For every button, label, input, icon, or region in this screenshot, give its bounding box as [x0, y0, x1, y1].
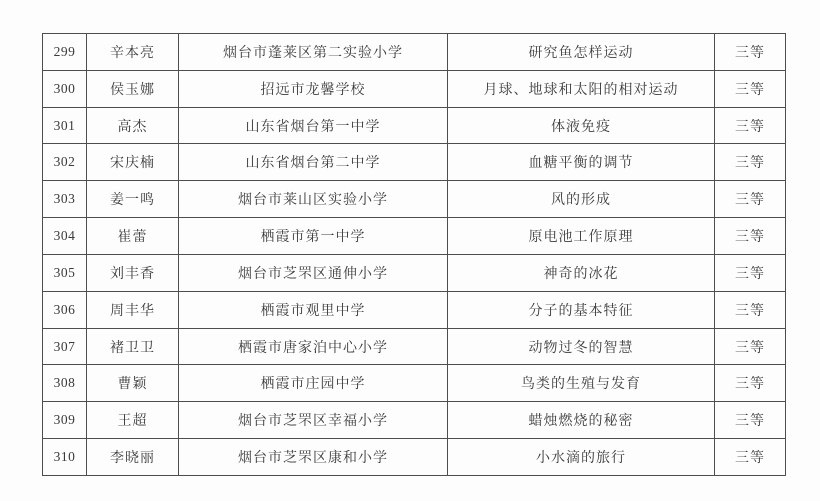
- cell-project: 血糖平衡的调节: [448, 144, 715, 181]
- table-row: 309 王超 烟台市芝罘区幸福小学 蜡烛燃烧的秘密 三等: [43, 402, 786, 439]
- table-row: 308 曹颖 栖霞市庄园中学 鸟类的生殖与发育 三等: [43, 365, 786, 402]
- table-row: 306 周丰华 栖霞市观里中学 分子的基本特征 三等: [43, 291, 786, 328]
- cell-award: 三等: [715, 439, 786, 476]
- cell-award: 三等: [715, 328, 786, 365]
- awards-table-body: 299 辛本亮 烟台市蓬莱区第二实验小学 研究鱼怎样运动 三等 300 侯玉娜 …: [43, 34, 786, 476]
- cell-school: 烟台市蓬莱区第二实验小学: [179, 34, 448, 71]
- table-row: 305 刘丰香 烟台市芝罘区通伸小学 神奇的冰花 三等: [43, 254, 786, 291]
- cell-project: 体液免疫: [448, 107, 715, 144]
- cell-project: 月球、地球和太阳的相对运动: [448, 70, 715, 107]
- table-row: 302 宋庆楠 山东省烟台第二中学 血糖平衡的调节 三等: [43, 144, 786, 181]
- cell-no: 303: [43, 181, 87, 218]
- cell-award: 三等: [715, 70, 786, 107]
- cell-name: 侯玉娜: [87, 70, 179, 107]
- cell-name: 周丰华: [87, 291, 179, 328]
- cell-school: 栖霞市唐家泊中心小学: [179, 328, 448, 365]
- cell-project: 分子的基本特征: [448, 291, 715, 328]
- cell-award: 三等: [715, 181, 786, 218]
- cell-name: 王超: [87, 402, 179, 439]
- cell-name: 李晓丽: [87, 439, 179, 476]
- cell-no: 301: [43, 107, 87, 144]
- cell-award: 三等: [715, 218, 786, 255]
- cell-no: 307: [43, 328, 87, 365]
- cell-project: 小水滴的旅行: [448, 439, 715, 476]
- cell-no: 300: [43, 70, 87, 107]
- cell-name: 褚卫卫: [87, 328, 179, 365]
- table-row: 310 李晓丽 烟台市芝罘区康和小学 小水滴的旅行 三等: [43, 439, 786, 476]
- document-page: 299 辛本亮 烟台市蓬莱区第二实验小学 研究鱼怎样运动 三等 300 侯玉娜 …: [0, 0, 820, 501]
- cell-school: 烟台市芝罘区幸福小学: [179, 402, 448, 439]
- cell-school: 烟台市芝罘区康和小学: [179, 439, 448, 476]
- cell-project: 原电池工作原理: [448, 218, 715, 255]
- cell-name: 高杰: [87, 107, 179, 144]
- cell-project: 鸟类的生殖与发育: [448, 365, 715, 402]
- cell-award: 三等: [715, 34, 786, 71]
- cell-award: 三等: [715, 402, 786, 439]
- cell-name: 曹颖: [87, 365, 179, 402]
- cell-name: 崔蕾: [87, 218, 179, 255]
- cell-award: 三等: [715, 365, 786, 402]
- cell-award: 三等: [715, 254, 786, 291]
- cell-project: 研究鱼怎样运动: [448, 34, 715, 71]
- cell-no: 299: [43, 34, 87, 71]
- cell-no: 306: [43, 291, 87, 328]
- cell-school: 栖霞市观里中学: [179, 291, 448, 328]
- cell-school: 栖霞市庄园中学: [179, 365, 448, 402]
- cell-school: 山东省烟台第一中学: [179, 107, 448, 144]
- cell-school: 栖霞市第一中学: [179, 218, 448, 255]
- cell-no: 304: [43, 218, 87, 255]
- awards-table: 299 辛本亮 烟台市蓬莱区第二实验小学 研究鱼怎样运动 三等 300 侯玉娜 …: [42, 33, 786, 476]
- cell-school: 烟台市莱山区实验小学: [179, 181, 448, 218]
- cell-no: 308: [43, 365, 87, 402]
- table-row: 301 高杰 山东省烟台第一中学 体液免疫 三等: [43, 107, 786, 144]
- cell-award: 三等: [715, 291, 786, 328]
- table-row: 300 侯玉娜 招远市龙馨学校 月球、地球和太阳的相对运动 三等: [43, 70, 786, 107]
- table-row: 303 姜一鸣 烟台市莱山区实验小学 风的形成 三等: [43, 181, 786, 218]
- cell-name: 刘丰香: [87, 254, 179, 291]
- cell-school: 烟台市芝罘区通伸小学: [179, 254, 448, 291]
- cell-award: 三等: [715, 107, 786, 144]
- cell-school: 招远市龙馨学校: [179, 70, 448, 107]
- cell-no: 309: [43, 402, 87, 439]
- cell-project: 神奇的冰花: [448, 254, 715, 291]
- cell-school: 山东省烟台第二中学: [179, 144, 448, 181]
- cell-project: 动物过冬的智慧: [448, 328, 715, 365]
- cell-award: 三等: [715, 144, 786, 181]
- table-row: 304 崔蕾 栖霞市第一中学 原电池工作原理 三等: [43, 218, 786, 255]
- table-row: 299 辛本亮 烟台市蓬莱区第二实验小学 研究鱼怎样运动 三等: [43, 34, 786, 71]
- cell-name: 姜一鸣: [87, 181, 179, 218]
- cell-name: 宋庆楠: [87, 144, 179, 181]
- table-row: 307 褚卫卫 栖霞市唐家泊中心小学 动物过冬的智慧 三等: [43, 328, 786, 365]
- cell-project: 蜡烛燃烧的秘密: [448, 402, 715, 439]
- cell-project: 风的形成: [448, 181, 715, 218]
- cell-no: 310: [43, 439, 87, 476]
- cell-no: 305: [43, 254, 87, 291]
- cell-name: 辛本亮: [87, 34, 179, 71]
- cell-no: 302: [43, 144, 87, 181]
